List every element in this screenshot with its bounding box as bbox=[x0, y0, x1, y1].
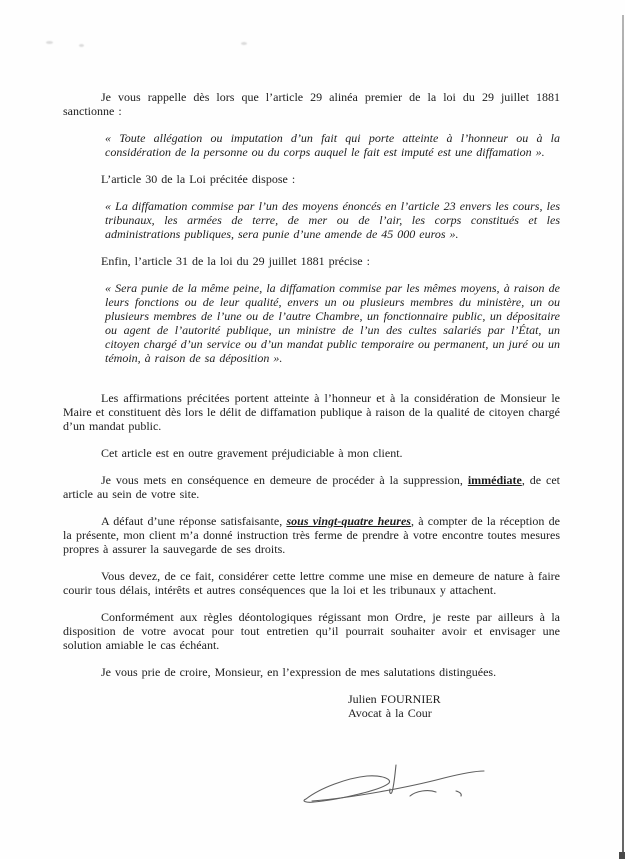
scan-smudge bbox=[79, 44, 84, 47]
letter-body: Je vous rappelle dès lors que l’article … bbox=[63, 90, 560, 679]
text-segment: « Sera punie de la même peine, la diffam… bbox=[105, 281, 560, 365]
text-segment: Je vous prie de croire, Monsieur, en l’e… bbox=[101, 665, 496, 679]
letter-content: Je vous rappelle dès lors que l’article … bbox=[63, 90, 560, 720]
scanned-letter-page: Je vous rappelle dès lors que l’article … bbox=[0, 0, 625, 859]
text-segment: Les affirmations précitées portent attei… bbox=[63, 391, 560, 433]
text-segment: Je vous mets en conséquence en demeure d… bbox=[101, 473, 468, 487]
signatory-name: Julien FOURNIER bbox=[348, 692, 560, 706]
scan-smudge bbox=[46, 41, 53, 44]
paragraph: Conformément aux règles déontologiques r… bbox=[63, 610, 560, 652]
text-segment: Cet article est en outre gravement préju… bbox=[101, 446, 403, 460]
paragraph: Cet article est en outre gravement préju… bbox=[63, 446, 560, 460]
text-segment: immédiate bbox=[468, 473, 522, 487]
quote-paragraph: « Toute allégation ou imputation d’un fa… bbox=[105, 131, 560, 159]
scan-edge-line bbox=[622, 15, 624, 859]
signature-block: Julien FOURNIER Avocat à la Cour bbox=[348, 692, 560, 720]
handwritten-signature bbox=[292, 760, 492, 806]
quote-paragraph: « La diffamation commise par l’un des mo… bbox=[105, 199, 560, 241]
text-segment: sous vingt-quatre heures bbox=[286, 514, 411, 528]
paragraph: Vous devez, de ce fait, considérer cette… bbox=[63, 569, 560, 597]
text-segment: L’article 30 de la Loi précitée dispose … bbox=[101, 172, 295, 186]
signatory-title: Avocat à la Cour bbox=[348, 706, 560, 720]
text-segment: Je vous rappelle dès lors que l’article … bbox=[63, 90, 560, 118]
quote-paragraph: « Sera punie de la même peine, la diffam… bbox=[105, 281, 560, 365]
paragraph: Les affirmations précitées portent attei… bbox=[63, 391, 560, 433]
text-segment: « Toute allégation ou imputation d’un fa… bbox=[105, 131, 560, 159]
text-segment: « La diffamation commise par l’un des mo… bbox=[105, 199, 560, 241]
paragraph: Je vous rappelle dès lors que l’article … bbox=[63, 90, 560, 118]
paragraph: Je vous prie de croire, Monsieur, en l’e… bbox=[63, 665, 560, 679]
paragraph: L’article 30 de la Loi précitée dispose … bbox=[63, 172, 560, 186]
paragraph: Enfin, l’article 31 de la loi du 29 juil… bbox=[63, 254, 560, 268]
paragraph: A défaut d’une réponse satisfaisante, so… bbox=[63, 514, 560, 556]
text-segment: A défaut d’une réponse satisfaisante, bbox=[101, 514, 286, 528]
text-segment: Vous devez, de ce fait, considérer cette… bbox=[63, 569, 560, 597]
paragraph: Je vous mets en conséquence en demeure d… bbox=[63, 473, 560, 501]
scan-smudge bbox=[241, 42, 247, 45]
scan-corner-mark bbox=[619, 852, 625, 859]
text-segment: Conformément aux règles déontologiques r… bbox=[63, 610, 560, 652]
text-segment: Enfin, l’article 31 de la loi du 29 juil… bbox=[101, 254, 370, 268]
